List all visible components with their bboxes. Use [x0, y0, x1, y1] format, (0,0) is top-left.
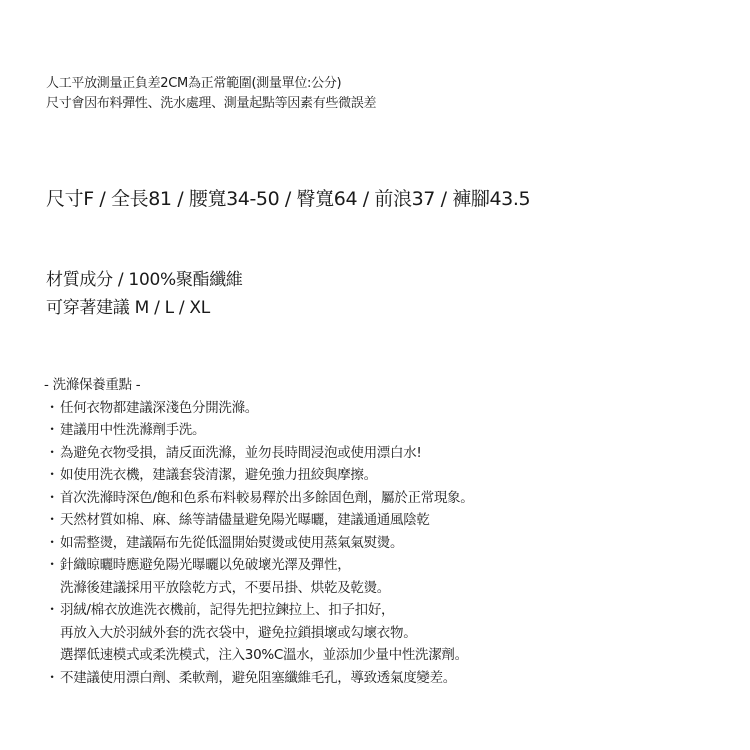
care-item-text: 再放入大於羽絨外套的洗衣袋中，避免拉鎖損壞或勾壞衣物。	[60, 622, 468, 645]
care-item-text: 選擇低速模式或柔洗模式，注入30%C溫水，並添加少量中性洗潔劑。	[60, 644, 468, 667]
care-item: ・ 如需整燙，建議隔布先從低溫開始熨燙或使用蒸氣氣熨燙。	[44, 532, 473, 555]
material-info: 材質成分 / 100%聚酯纖維 可穿著建議 M / L / XL	[46, 266, 243, 322]
measurement-note: 人工平放測量正負差2CM為正常範圍(測量單位:公分) 尺寸會因布料彈性、洗水處理…	[46, 74, 376, 114]
bullet-icon: ・	[44, 442, 60, 465]
care-item-text: 天然材質如棉、麻、絲等請儘量避免陽光曝曬，建議通通風陰乾	[60, 509, 430, 532]
bullet-icon: ・	[44, 509, 60, 532]
bullet-icon: ・	[44, 419, 60, 442]
care-item: ・ 如使用洗衣機，建議套袋清潔，避免強力扭絞與摩擦。	[44, 464, 473, 487]
bullet-icon: ・	[44, 667, 60, 690]
bullet-icon: ・	[44, 554, 60, 599]
care-item-text: 首次洗滌時深色/飽和色系布料較易釋於出多餘固色劑，屬於正常現象。	[60, 487, 473, 510]
care-item-text: 如需整燙，建議隔布先從低溫開始熨燙或使用蒸氣氣熨燙。	[60, 532, 403, 555]
care-item-text: 為避免衣物受損，請反面洗滌，並勿長時間浸泡或使用漂白水!	[60, 442, 422, 465]
size-spec-text: 尺寸F / 全長81 / 腰寬34-50 / 臀寬64 / 前浪37 / 褲腳4…	[46, 185, 530, 213]
care-item: ・ 天然材質如棉、麻、絲等請儘量避免陽光曝曬，建議通通風陰乾	[44, 509, 473, 532]
care-item-text: 不建議使用漂白劑、柔軟劑，避免阻塞纖維毛孔，導致透氣度變差。	[60, 667, 456, 690]
care-item-text: 羽絨/棉衣放進洗衣機前，記得先把拉鍊拉上、扣子扣好，	[60, 599, 468, 622]
care-item: ・ 不建議使用漂白劑、柔軟劑，避免阻塞纖維毛孔，導致透氣度變差。	[44, 667, 473, 690]
care-item: ・ 首次洗滌時深色/飽和色系布料較易釋於出多餘固色劑，屬於正常現象。	[44, 487, 473, 510]
fit-suggestion: 可穿著建議 M / L / XL	[46, 294, 243, 322]
bullet-icon: ・	[44, 599, 60, 667]
bullet-icon: ・	[44, 487, 60, 510]
care-item: ・ 羽絨/棉衣放進洗衣機前，記得先把拉鍊拉上、扣子扣好， 再放入大於羽絨外套的洗…	[44, 599, 473, 667]
care-item-text: 建議用中性洗滌劑手洗。	[60, 419, 205, 442]
care-item: ・ 建議用中性洗滌劑手洗。	[44, 419, 473, 442]
care-item-text: 針織晾曬時應避免陽光曝曬以免破壞光澤及彈性，	[60, 554, 390, 577]
bullet-icon: ・	[44, 532, 60, 555]
care-item-text: 洗滌後建議採用平放陰乾方式，不要吊掛、烘乾及乾燙。	[60, 577, 390, 600]
care-item-text: 如使用洗衣機，建議套袋清潔，避免強力扭絞與摩擦。	[60, 464, 377, 487]
care-item: ・ 為避免衣物受損，請反面洗滌，並勿長時間浸泡或使用漂白水!	[44, 442, 473, 465]
care-item: ・ 針織晾曬時應避免陽光曝曬以免破壞光澤及彈性， 洗滌後建議採用平放陰乾方式，不…	[44, 554, 473, 599]
measurement-note-line: 尺寸會因布料彈性、洗水處理、測量起點等因素有些微誤差	[46, 94, 376, 114]
size-spec: 尺寸F / 全長81 / 腰寬34-50 / 臀寬64 / 前浪37 / 褲腳4…	[46, 185, 530, 213]
bullet-icon: ・	[44, 397, 60, 420]
measurement-note-line: 人工平放測量正負差2CM為正常範圍(測量單位:公分)	[46, 74, 376, 94]
care-instructions: - 洗滌保養重點 - ・ 任何衣物都建議深淺色分開洗滌。 ・ 建議用中性洗滌劑手…	[44, 374, 473, 689]
care-item: ・ 任何衣物都建議深淺色分開洗滌。	[44, 397, 473, 420]
care-title: - 洗滌保養重點 -	[44, 374, 473, 397]
material-composition: 材質成分 / 100%聚酯纖維	[46, 266, 243, 294]
bullet-icon: ・	[44, 464, 60, 487]
care-item-text: 任何衣物都建議深淺色分開洗滌。	[60, 397, 258, 420]
